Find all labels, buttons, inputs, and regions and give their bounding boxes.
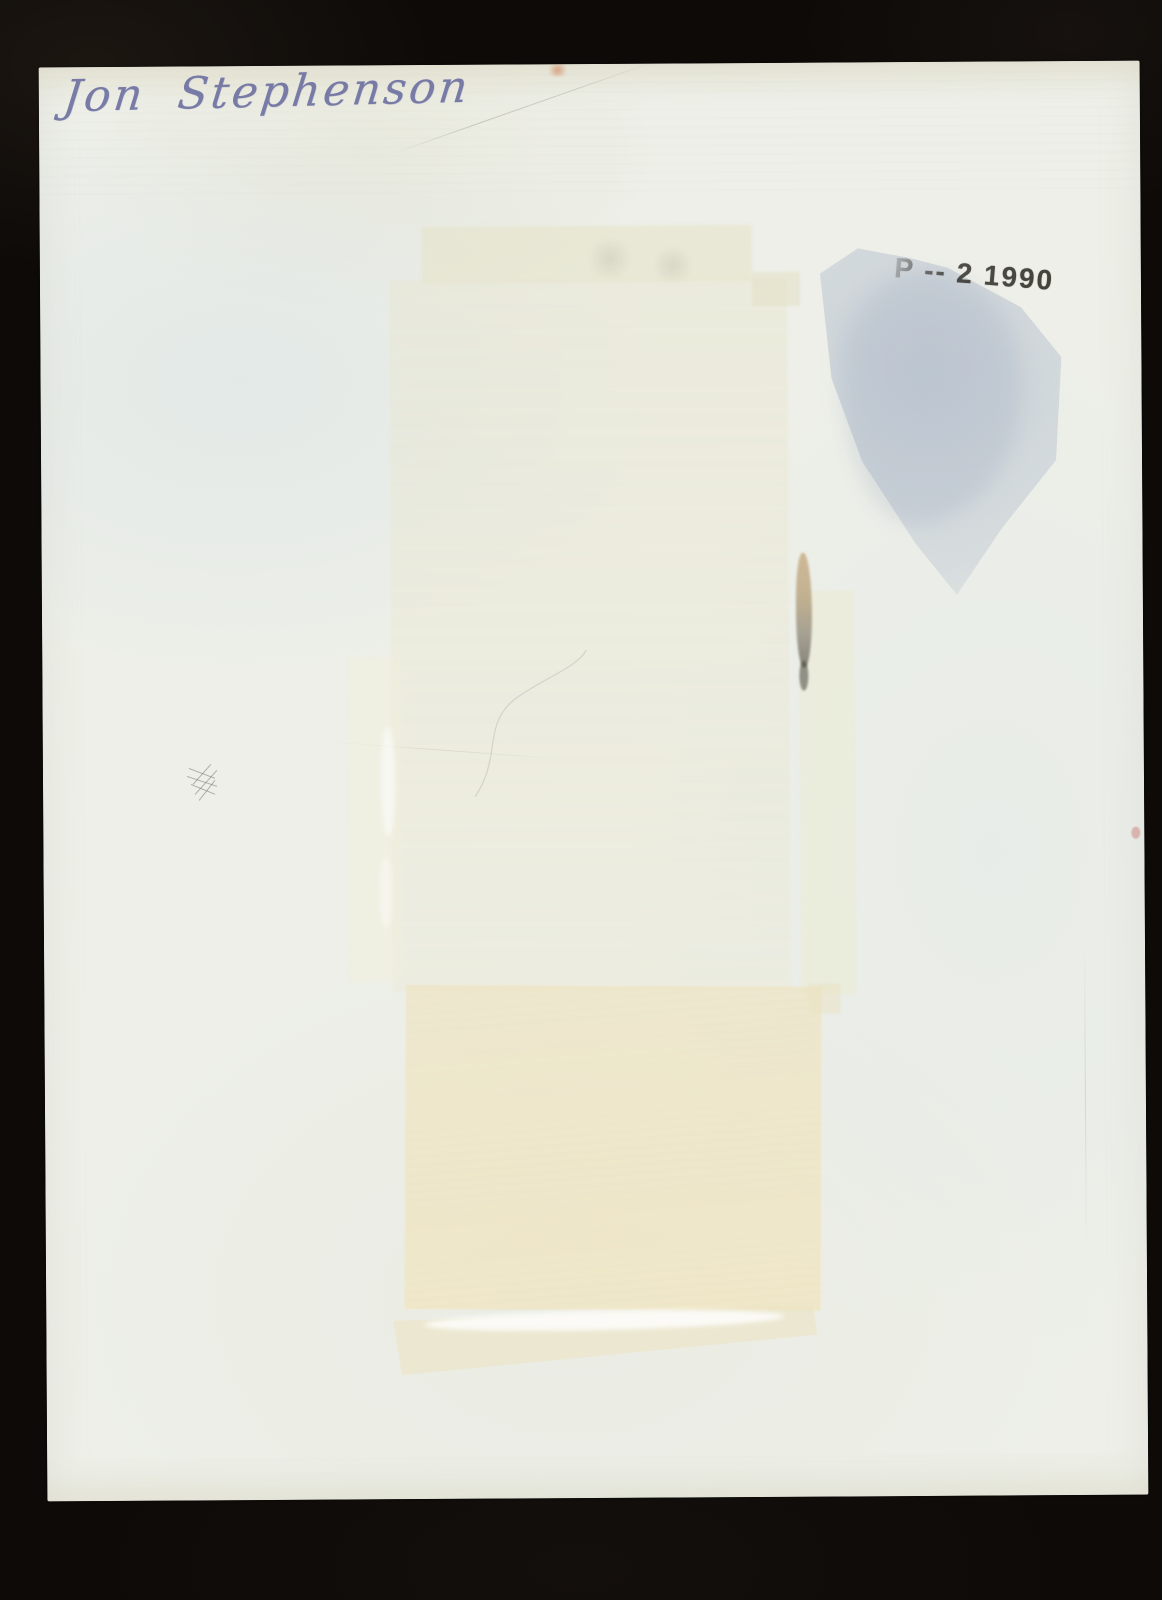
handwritten-name: Jon Stephenson [61,62,473,123]
tape-residue-left-strip [347,657,402,981]
adhesive-brown-streak [796,553,813,668]
fingerprint-smudge-left [585,238,635,280]
red-speck-top-edge [547,64,569,76]
adhesive-dark-speck [799,661,808,691]
photo-back-paper: Jon Stephenson P -- 2 1990 [39,61,1149,1502]
tape-residue-side-tab [808,983,840,1013]
tape-residue-lower-rect [405,985,822,1311]
white-scuff-left-upper [381,727,396,835]
tape-residue-center-rect [389,278,791,992]
crease-line-right [1084,941,1087,1251]
tape-residue-corner-patch [752,272,800,306]
pencil-scribble [185,758,221,802]
white-scuff-left-lower [379,857,391,927]
scan-background: Jon Stephenson P -- 2 1990 [0,0,1162,1600]
red-speck-right-edge [1131,827,1140,839]
